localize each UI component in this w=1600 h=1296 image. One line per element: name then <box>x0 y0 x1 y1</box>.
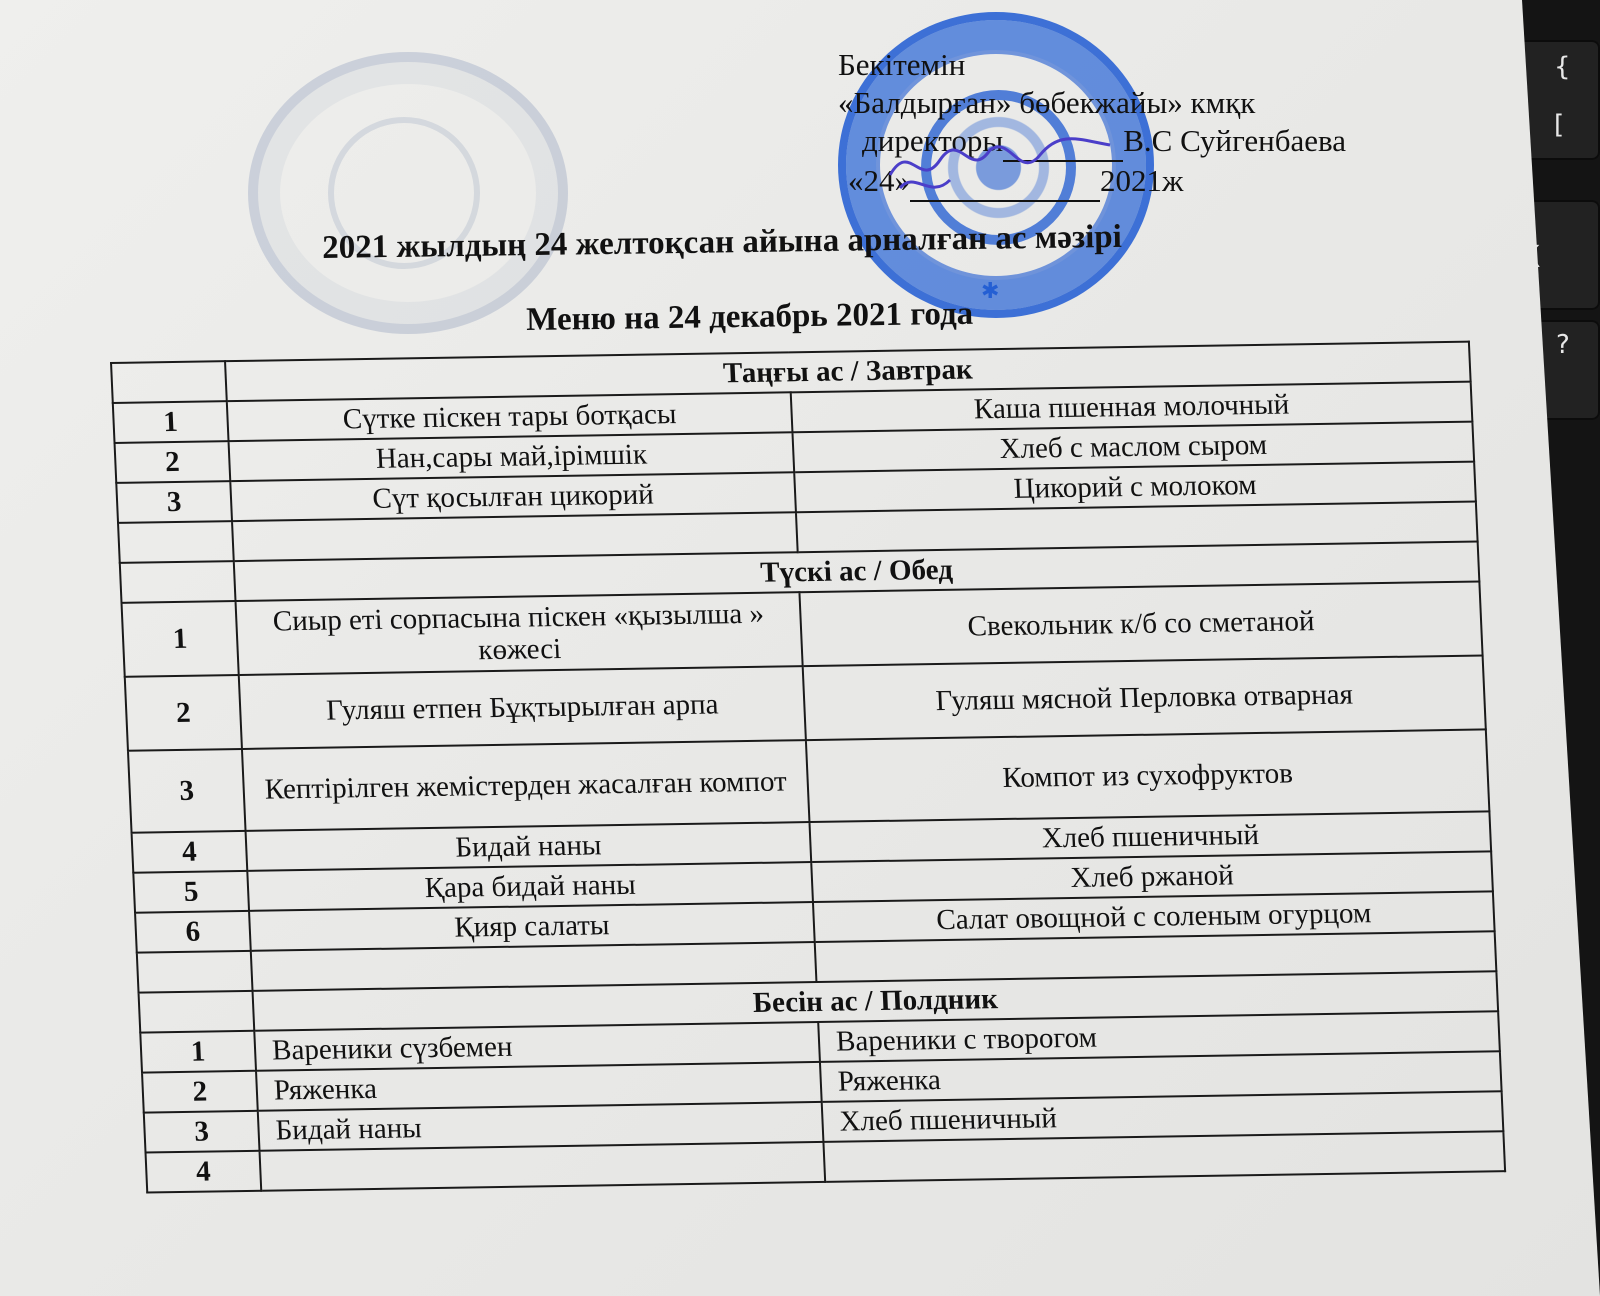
menu-table-container: Таңғы ас / Завтрак1Сүтке піскен тары бот… <box>110 341 1506 1194</box>
star-icon: ✱ <box>981 278 999 304</box>
row-number: 3 <box>128 749 246 833</box>
dish-kazakh: Сиыр еті сорпасына піскен «қызылша » көж… <box>236 592 803 675</box>
row-number: 4 <box>132 831 248 873</box>
row-number: 2 <box>115 441 231 483</box>
dish-russian: Гуляш мясной Перловка отварная <box>803 655 1486 740</box>
row-number: 1 <box>113 401 229 443</box>
row-number: 1 <box>122 601 239 677</box>
row-number: 3 <box>116 481 232 523</box>
section-number-cell <box>139 991 255 1033</box>
row-number <box>118 521 234 563</box>
approval-heading: Бекітемін <box>838 46 1346 84</box>
dish-russian: Свекольник к/б со сметаной <box>799 582 1482 667</box>
dish-kazakh: Кептірілген жемістерден жасалған компот <box>242 740 810 831</box>
signature-icon <box>880 130 1140 190</box>
key-label-question: ? <box>1556 330 1570 360</box>
section-number-cell <box>120 561 236 603</box>
faded-stamp-icon <box>248 52 568 334</box>
row-number: 6 <box>135 911 251 953</box>
key-label-bracket: [ <box>1554 110 1564 140</box>
paper-document: ✱ Бекітемін «Балдырған» бөбекжайы» кмқк … <box>0 0 1600 1296</box>
row-number: 2 <box>125 675 242 751</box>
title-russian: Меню на 24 декабрь 2021 года <box>526 296 973 339</box>
dish-kazakh <box>260 1142 826 1191</box>
key-label-brace: { <box>1554 52 1571 82</box>
row-number: 2 <box>142 1071 258 1113</box>
row-number: 3 <box>144 1111 260 1153</box>
menu-table: Таңғы ас / Завтрак1Сүтке піскен тары бот… <box>110 341 1506 1194</box>
row-number: 4 <box>146 1151 262 1193</box>
approval-organization: «Балдырған» бөбекжайы» кмқк <box>838 84 1346 122</box>
dish-kazakh: Гуляш етпен Бұқтырылған арпа <box>239 666 806 749</box>
row-number <box>137 951 253 993</box>
dish-russian: Компот из сухофруктов <box>806 729 1489 822</box>
section-number-cell <box>111 361 227 403</box>
row-number: 5 <box>133 871 249 913</box>
approval-director-name: В.С Суйгенбаева <box>1123 123 1346 158</box>
row-number: 1 <box>140 1031 256 1073</box>
